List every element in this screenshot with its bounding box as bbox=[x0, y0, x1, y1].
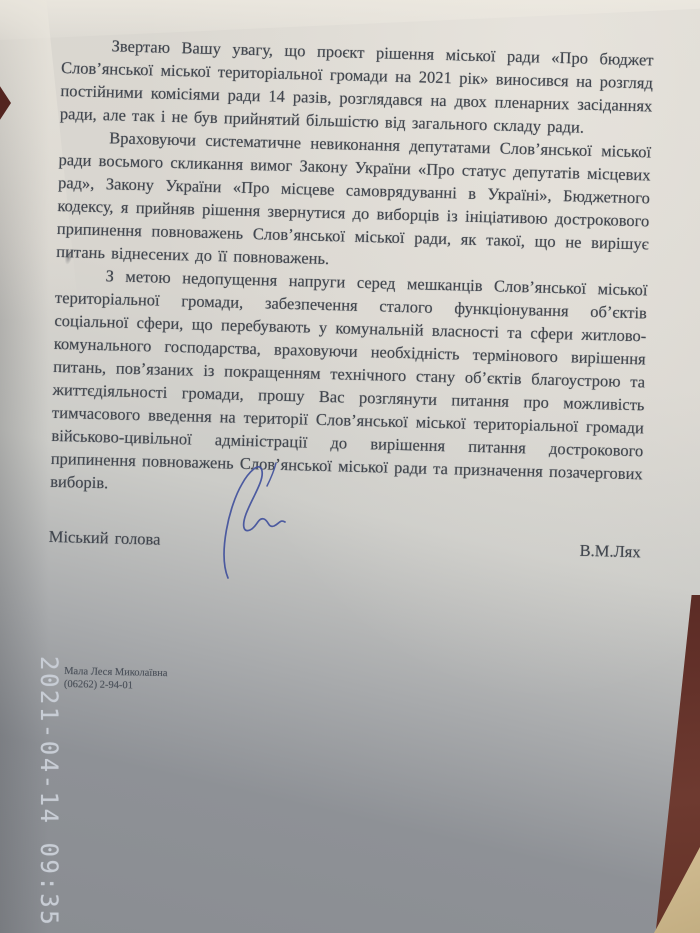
signature-row: Міський голова В.М.Лях bbox=[49, 525, 641, 563]
letter-body: Звертаю Вашу увагу, що проєкт рішення мі… bbox=[49, 33, 654, 563]
signer-title: Міський голова bbox=[49, 525, 161, 551]
camera-timestamp: 2021-04-14 09:35 bbox=[35, 656, 63, 927]
letter-paragraph: Враховуючи систематичне невиконання депу… bbox=[56, 125, 651, 278]
document-photo: Звертаю Вашу увагу, що проєкт рішення мі… bbox=[0, 0, 700, 933]
letter-paragraph: Звертаю Вашу увагу, що проєкт рішення мі… bbox=[60, 33, 654, 140]
letter-paragraph: З метою недопущення напруги серед мешкан… bbox=[50, 263, 648, 508]
executor-info: Мала Леся Миколаївна (06262) 2-94-01 bbox=[64, 665, 168, 693]
signer-name: В.М.Лях bbox=[579, 539, 641, 564]
handwritten-signature bbox=[216, 458, 312, 582]
executor-phone: (06262) 2-94-01 bbox=[64, 678, 168, 693]
